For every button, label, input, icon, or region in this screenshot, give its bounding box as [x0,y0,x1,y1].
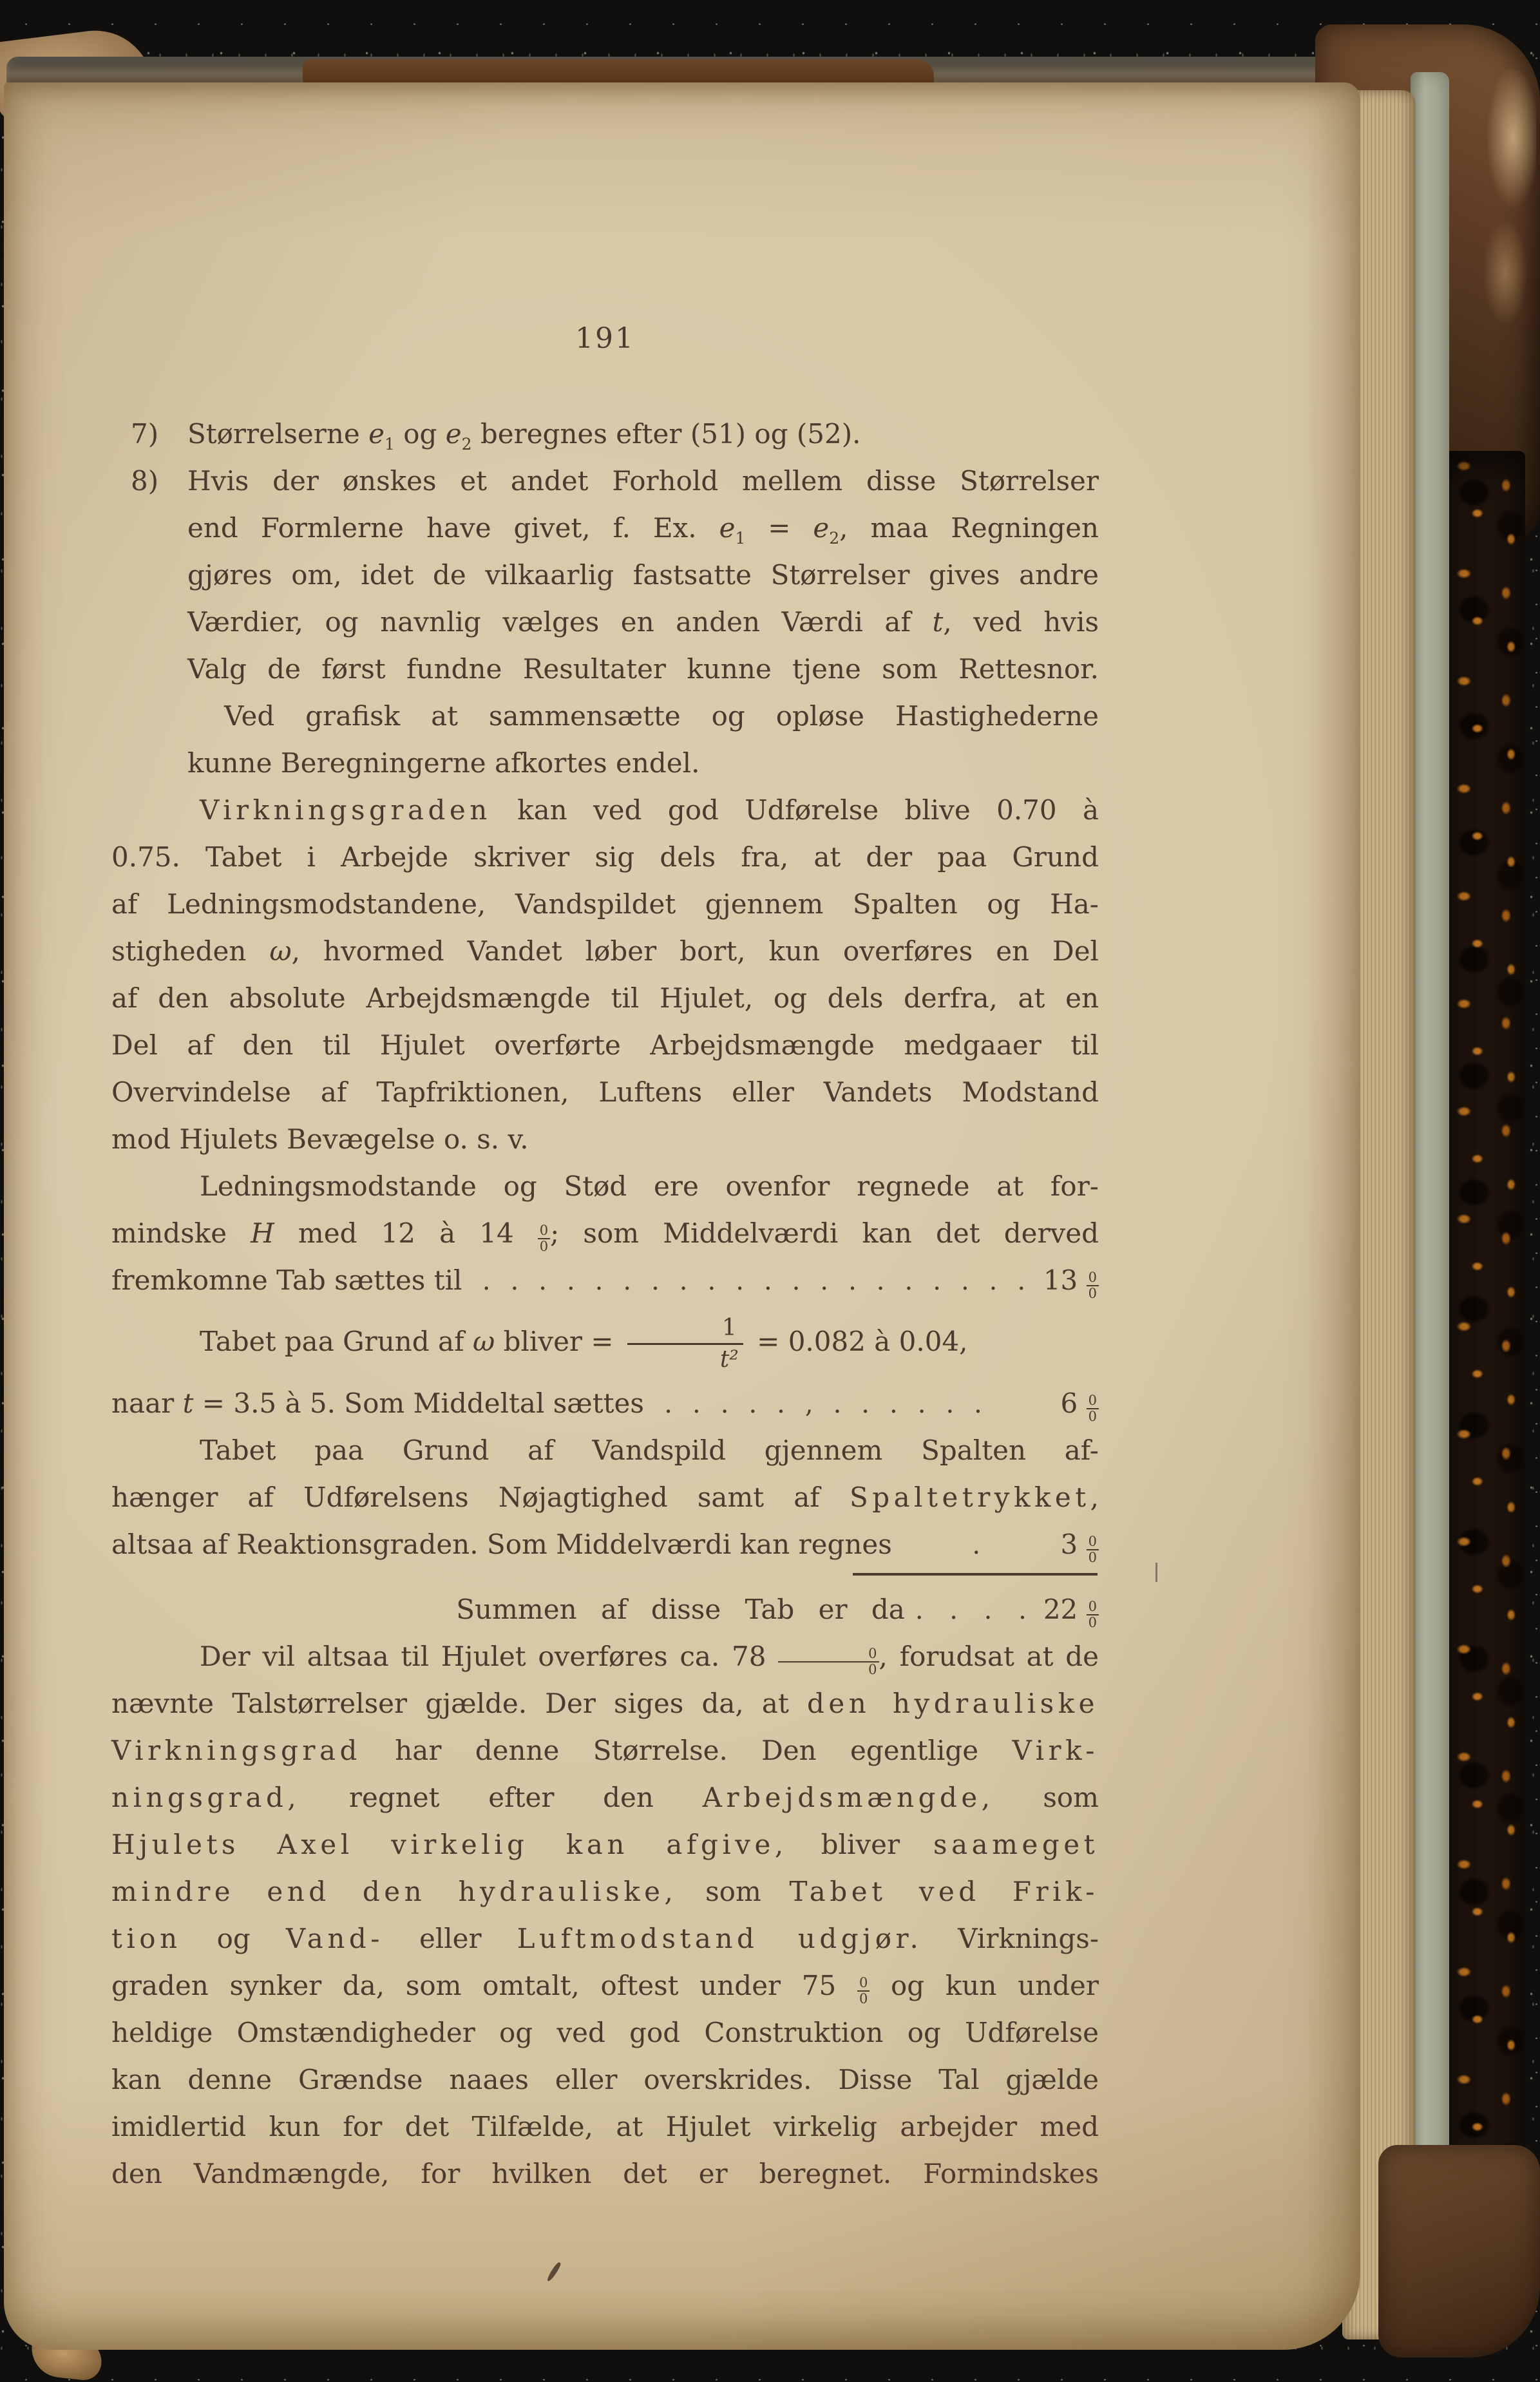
leader-dots: .....,...... [652,1381,1060,1428]
text-line: end Formlerne have givet, f. Ex. e1 = e2… [111,504,1099,551]
text-line: Del af den til Hjulet overførte Arbejdsm… [111,1022,1099,1069]
text-line: mindske H med 12 à 14 00; som Middelværd… [111,1210,1099,1257]
line-text: af Ledningsmodstandene, Vandspildet gjen… [111,888,1099,920]
sum-rule-line [111,1568,1099,1586]
leader-dots: . [892,1522,1061,1569]
line-text: kunne Beregningerne afkortes endel. [187,747,699,779]
book-photo: 191 7)Størrelserne e1 og e2 beregnes eft… [0,0,1540,2382]
sum-rule [853,1573,1098,1576]
line-text: , hvormed Vandet løber bort, kun overfør… [292,935,1099,967]
line-text: 1 [385,435,395,453]
text-line: Ved grafisk at sammensætte og opløse Has… [111,692,1099,739]
line-text: stigheden [111,935,269,967]
leader-dots: ...................... [471,1258,1043,1305]
leader-dots: . . . . [905,1587,1043,1634]
line-text: 22 00 [1043,1586,1099,1633]
line-text: ω [269,935,291,967]
text-line: imidlertid kun for det Tilfælde, at Hjul… [111,2103,1099,2150]
line-text: H [251,1217,274,1249]
line-text: Ledningsmodstande og Stød ere ovenfor re… [200,1170,1099,1202]
line-text: Tabet paa Grund af [200,1326,473,1357]
line-text: Overvindelse af Tapfriktionen, Luftens e… [111,1076,1099,1108]
list-item-number: 8) [131,457,158,504]
text-line: Virkningsgraden kan ved god Udførelse bl… [111,786,1099,834]
line-text: t [933,606,944,638]
text-line: 0.75. Tabet i Arbejde skriver sig dels f… [111,834,1099,881]
line-text: Luftmodstand udgjør. [517,1923,923,1954]
line-text: mod Hjulets Bevægelse o. s. v. [111,1123,529,1155]
text-line: den Vandmængde, for hvilken det er bereg… [111,2150,1099,2197]
line-text: Del af den til Hjulet overførte Arbejdsm… [111,1029,1099,1061]
line-text: ; som Middelværdi kan det derved [550,1217,1099,1249]
line-text: af den absolute Arbejdsmængde til Hjulet… [111,982,1099,1014]
text-line: Tabet paa Grund af Vandspild gjennem Spa… [111,1427,1099,1474]
line-text: = 0.082 à 0.04, [748,1326,968,1357]
line-text: eller [384,1923,517,1954]
line-text: som [677,1876,789,1907]
line-text: e [719,512,736,544]
percent-sign: 00 [538,1224,550,1253]
line-text: Virkningsgraden [200,794,491,826]
line-text: heldige Omstændigheder og ved god Constr… [111,2017,1099,2048]
line-text: mindre end den hydrauliske, [111,1876,677,1907]
text-line: hænger af Udførelsens Nøjagtighed samt a… [111,1474,1099,1521]
line-text: bliver = [495,1326,622,1357]
line-text: nævnte Talstørrelser gjælde. Der siges d… [111,1688,807,1719]
line-text: 13 00 [1043,1257,1099,1304]
text-line: heldige Omstændigheder og ved god Constr… [111,2009,1099,2056]
line-text: ningsgrad, [111,1782,300,1813]
line-text: = 3.5 à 5. Som Middeltal sættes [193,1387,652,1419]
line-text: Ved grafisk at sammensætte og opløse Has… [224,700,1099,732]
stray-mark [1155,1563,1157,1582]
line-text: Summen af disse Tab er da [456,1594,905,1625]
text-line: Summen af disse Tab er da. . . .22 00 [111,1586,1099,1633]
line-text: , maa Regningen [839,512,1099,544]
text-line: altsaa af Reaktionsgraden. Som Middelvær… [111,1521,1099,1568]
text-line: stigheden ω, hvormed Vandet løber bort, … [111,928,1099,975]
text-line: graden synker da, som omtalt, oftest und… [111,1962,1099,2009]
line-text: mindske [111,1217,251,1249]
text-block: 7)Størrelserne e1 og e2 beregnes efter (… [111,410,1099,2197]
text-line: naar t = 3.5 à 5. Som Middeltal sættes .… [111,1380,1099,1427]
line-text: Vand- [286,1923,384,1954]
line-text: saameget [933,1829,1099,1860]
line-text: Tabet ved Frik- [790,1876,1099,1907]
line-text: Størrelserne [187,418,368,450]
line-text: t [183,1387,194,1419]
line-text: Virkningsgrad [111,1735,361,1766]
line-text: Arbejdsmængde, [703,1782,994,1813]
line-text: fremkomne Tab sættes til [111,1257,471,1304]
text-line: 8)Hvis der ønskes et andet Forhold melle… [111,457,1099,504]
line-text: 3 [1061,1529,1087,1560]
text-line: Overvindelse af Tapfriktionen, Luftens e… [111,1069,1099,1116]
line-text: naar [111,1387,183,1419]
line-text: den hydrauliske [807,1688,1099,1719]
line-text: , [1090,1482,1099,1513]
line-text: den Vandmængde, for hvilken det er bereg… [111,2158,1099,2189]
ink-fleck [546,2261,562,2282]
line-text: 6 00 [1061,1380,1099,1427]
line-text: 2 [462,435,472,453]
line-text: Hvis der ønskes et andet Forhold mellem … [187,465,1099,497]
line-text: har denne Størrelse. Den egentlige [361,1735,1012,1766]
line-text: end Formlerne have givet, f. Ex. [187,512,719,544]
line-text: Værdier, og navnlig vælges en anden Værd… [187,606,933,638]
text-line: af den absolute Arbejdsmængde til Hjulet… [111,975,1099,1022]
line-text: imidlertid kun for det Tilfælde, at Hjul… [111,2111,1099,2142]
line-text: hænger af Udførelsens Nøjagtighed samt a… [111,1482,850,1513]
line-text: graden synker da, som omtalt, oftest und… [111,1970,857,2001]
line-text: og [182,1923,286,1954]
line-text: altsaa af Reaktionsgraden. Som Middelvær… [111,1529,892,1560]
text-line: gjøres om, idet de vilkaarlig fastsatte … [111,551,1099,598]
line-text: , forudsat at de [879,1641,1099,1672]
text-line: Virkningsgrad har denne Størrelse. Den e… [111,1727,1099,1774]
percent-sign: 00 [1087,1600,1099,1630]
percent-sign: 00 [1087,1271,1099,1301]
text-line: tion og Vand- eller Luftmodstand udgjør.… [111,1915,1099,1962]
percent-sign: 00 [1087,1535,1099,1565]
line-text: Valg de først fundne Resultater kunne tj… [187,653,1099,685]
line-text: altsaa af Reaktionsgraden. Som Middelvær… [111,1521,892,1568]
line-text: bliver [788,1829,933,1860]
line-text: 1 [735,529,745,548]
text-line: fremkomne Tab sættes til ...............… [111,1257,1099,1304]
line-text: gjøres om, idet de vilkaarlig fastsatte … [187,559,1099,591]
text-line: nævnte Talstørrelser gjælde. Der siges d… [111,1680,1099,1727]
cover-marbled-edge [1445,451,1525,2267]
line-text: Tabet paa Grund af Vandspild gjennem Spa… [200,1434,1099,1466]
line-text: kan ved god Udførelse blive 0.70 à [491,794,1099,826]
book-page: 191 7)Størrelserne e1 og e2 beregnes eft… [4,82,1360,2350]
text-line: 7)Størrelserne e1 og e2 beregnes efter (… [111,410,1099,457]
line-text: 22 [1043,1594,1087,1625]
cover-corner-bottom-right [1378,2145,1540,2358]
line-text: naar t = 3.5 à 5. Som Middeltal sættes [111,1380,652,1427]
line-text: e [446,418,462,450]
line-text: ω [473,1326,495,1357]
percent-sign: 00 [857,1976,870,2006]
line-text: og kun under [870,1970,1099,2001]
line-text: Summen af disse Tab er da [456,1586,905,1633]
line-text: med 12 à 14 [274,1217,538,1249]
text-line: mindre end den hydrauliske, som Tabet ve… [111,1868,1099,1915]
line-text: 2 [829,529,839,548]
page-number: 191 [111,322,1099,355]
line-text: , ved hvis [943,606,1099,638]
line-text: Virknings- [922,1923,1099,1954]
list-item-number: 7) [131,410,158,457]
line-text: = [745,512,813,544]
text-line: Tabet paa Grund af ω bliver = 1t² = 0.08… [111,1304,1099,1380]
line-text: 13 [1043,1264,1087,1296]
line-text: Der vil altsaa til Hjulet overføres ca. … [200,1641,778,1672]
text-line: mod Hjulets Bevægelse o. s. v. [111,1116,1099,1163]
line-text: beregnes efter (51) og (52). [472,418,861,450]
line-text: regnet efter den [300,1782,702,1813]
line-text: Virk- [1012,1735,1099,1766]
line-text: 3 00 [1061,1521,1099,1568]
text-line: Værdier, og navnlig vælges en anden Værd… [111,598,1099,645]
line-text: e [368,418,385,450]
line-text: 0.75. Tabet i Arbejde skriver sig dels f… [111,841,1099,873]
text-line: Der vil altsaa til Hjulet overføres ca. … [111,1633,1099,1680]
text-line: kan denne Grændse naaes eller overskride… [111,2056,1099,2103]
cover-inner-cloth [1411,72,1449,2345]
percent-sign: 00 [778,1647,879,1677]
text-line: ningsgrad, regnet efter den Arbejdsmængd… [111,1774,1099,1821]
fraction: 1t² [627,1315,743,1373]
line-text: og [395,418,446,450]
line-text: e [813,512,829,544]
text-line: kunne Beregningerne afkortes endel. [111,739,1099,786]
text-line: Ledningsmodstande og Stød ere ovenfor re… [111,1163,1099,1210]
percent-sign: 00 [1087,1394,1099,1424]
text-line: Valg de først fundne Resultater kunne tj… [111,645,1099,692]
line-text: Hjulets Axel virkelig kan afgive, [111,1829,788,1860]
line-text: fremkomne Tab sættes til [111,1264,471,1296]
line-text: Spaltetrykket [850,1482,1090,1513]
line-text: 6 [1061,1387,1087,1419]
line-text: kan denne Grændse naaes eller overskride… [111,2064,1099,2095]
text-line: Hjulets Axel virkelig kan afgive, bliver… [111,1821,1099,1868]
line-text: tion [111,1923,182,1954]
text-line: af Ledningsmodstandene, Vandspildet gjen… [111,881,1099,928]
line-text: som [994,1782,1099,1813]
